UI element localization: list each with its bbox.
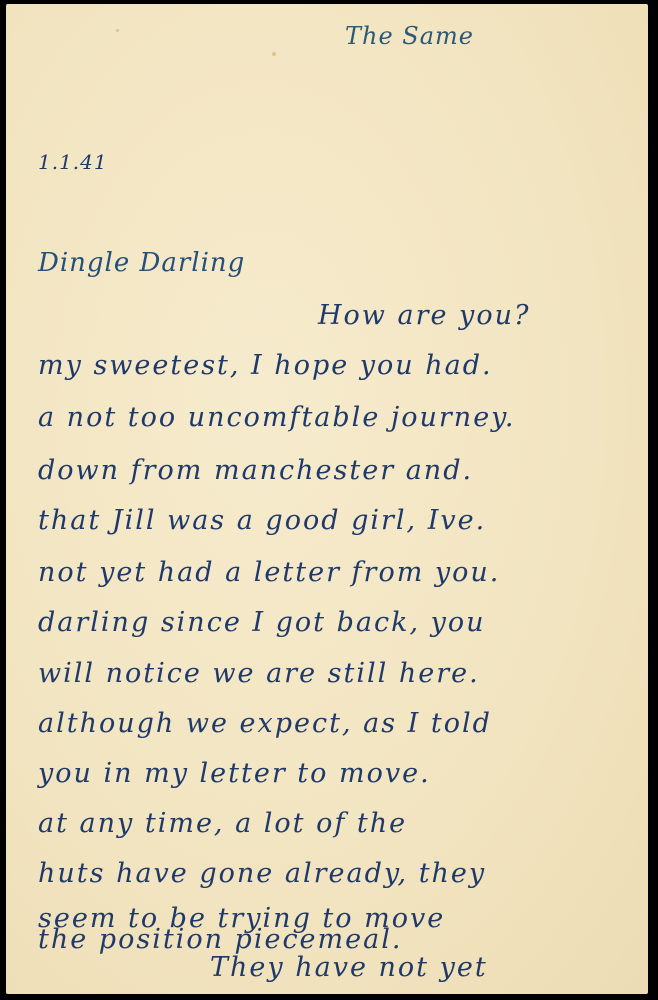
letter-line: that Jill was a good girl, Ive.: [38, 505, 486, 536]
letter-line: darling since I got back, you: [38, 607, 486, 638]
letter-line: at any time, a lot of the: [38, 808, 407, 839]
letter-line: you in my letter to move.: [38, 758, 431, 789]
letter-salutation: Dingle Darling: [38, 248, 245, 278]
letter-line: will notice we are still here.: [38, 658, 480, 689]
letter-line: my sweetest, I hope you had.: [38, 350, 493, 381]
letter-line: huts have gone already, they: [38, 858, 486, 889]
letter-line: down from manchester and.: [38, 455, 473, 486]
letter-address: The Same: [345, 22, 474, 50]
letter-line: They have not yet: [210, 952, 488, 983]
letter-line: although we expect, as I told: [38, 708, 492, 739]
paper-stain: [272, 52, 276, 56]
letter-line: a not too uncomftable journey.: [38, 402, 515, 433]
paper-stain: [116, 29, 119, 32]
letter-line: not yet had a letter from you.: [38, 557, 500, 588]
letter-line: How are you?: [318, 300, 530, 331]
letter-date: 1.1.41: [38, 150, 108, 174]
letter-line: the position piecemeal.: [38, 924, 402, 955]
